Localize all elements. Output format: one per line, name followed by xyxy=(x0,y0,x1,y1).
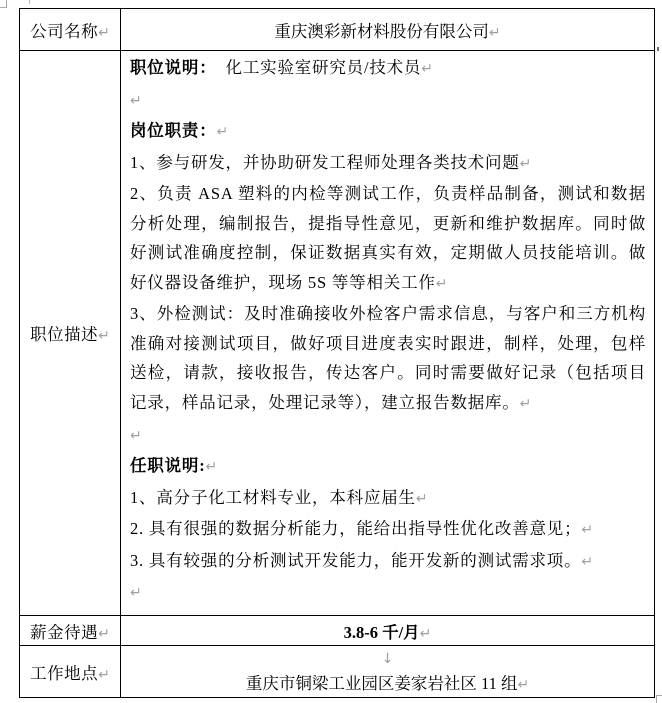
description-label-cell[interactable]: 职位描述↵ xyxy=(20,51,121,616)
location-address-line: 重庆市铜梁工业园区姜家岩社区 11 组↵ xyxy=(121,672,654,698)
table-move-handle[interactable] xyxy=(0,0,7,8)
salary-value-cell[interactable]: 3.8-6 千/月↵ xyxy=(121,616,655,646)
company-name-text: 重庆澳彩新材料股份有限公司 xyxy=(274,22,489,41)
paragraph-mark: ↵ xyxy=(421,61,433,77)
paragraph-mark: ↵ xyxy=(130,428,142,444)
paragraph-text-run: 2、负责 ASA 塑料的内检等测试工作，负责样品制备，测试和数据分析处理，编制报… xyxy=(130,184,646,292)
paragraph-bold-run: 岗位职责： xyxy=(130,121,217,140)
paragraph-mark: ↵ xyxy=(520,396,532,412)
paragraph-mark: ↵ xyxy=(581,554,593,570)
description-text-block: 职位说明： 化工实验室研究员/技术员↵ ↵ 岗位职责：↵ 1、参与研发，并协助研… xyxy=(121,51,654,612)
paragraph-requirement-2: 2. 具有很强的数据分析能力，能给出指导性优化改善意见；↵ xyxy=(130,514,646,546)
table-resize-handle[interactable] xyxy=(656,695,662,703)
paragraph-mark: ↵ xyxy=(98,25,110,41)
paragraph-text-run: 3. 具有较强的分析测试开发能力，能开发新的测试需求项。 xyxy=(130,551,581,570)
paragraph-bold-run: 任职说明: xyxy=(130,456,206,475)
paragraph-empty: ↵ xyxy=(130,85,646,117)
paragraph-bold-run: 职位说明： xyxy=(130,58,208,77)
paragraph-mark: ↵ xyxy=(98,626,110,642)
paragraph-position-title: 职位说明： 化工实验室研究员/技术员↵ xyxy=(130,53,646,85)
paragraph-mark: ↵ xyxy=(130,585,142,601)
paragraph-duty-3: 3、外检测试：及时准确接收外检客户需求信息，与客户和三方机构准确对接测试项目，做… xyxy=(130,299,646,419)
paragraph-mark: ↵ xyxy=(416,491,428,507)
row-end-mark xyxy=(657,47,659,51)
paragraph-text-run: 1、高分子化工材料专业，本科应届生 xyxy=(130,488,416,507)
ruler-tick-mark xyxy=(29,0,30,4)
paragraph-mark: ↵ xyxy=(489,25,501,41)
company-value-cell[interactable]: 重庆澳彩新材料股份有限公司↵ xyxy=(121,9,655,51)
paragraph-mark: ↵ xyxy=(517,677,529,693)
line-break-mark: ↓ xyxy=(382,651,394,667)
paragraph-empty: ↵ xyxy=(130,577,646,609)
paragraph-requirement-3: 3. 具有较强的分析测试开发能力，能开发新的测试需求项。↵ xyxy=(130,546,646,578)
salary-value-text: 3.8-6 千/月 xyxy=(344,623,420,642)
paragraph-requirements-heading: 任职说明:↵ xyxy=(130,451,646,483)
location-address-text: 重庆市铜梁工业园区姜家岩社区 11 组 xyxy=(246,674,518,693)
location-value-cell[interactable]: ↓ 重庆市铜梁工业园区姜家岩社区 11 组↵ xyxy=(121,646,655,698)
location-label: 工作地点 xyxy=(30,664,98,683)
paragraph-mark: ↵ xyxy=(217,124,229,140)
paragraph-mark: ↵ xyxy=(98,328,110,344)
paragraph-empty: ↵ xyxy=(130,609,646,612)
job-info-table: 公司名称↵ 重庆澳彩新材料股份有限公司↵ 职位描述↵ 职位说明： 化工实验室研究… xyxy=(19,8,655,698)
paragraph-text-run: 化工实验室研究员/技术员 xyxy=(208,58,421,77)
paragraph-mark: ↵ xyxy=(520,156,532,172)
table-row-description: 职位描述↵ 职位说明： 化工实验室研究员/技术员↵ ↵ 岗位职责：↵ 1、参与研… xyxy=(20,51,655,616)
paragraph-requirement-1: 1、高分子化工材料专业，本科应届生↵ xyxy=(130,483,646,515)
description-value-cell[interactable]: 职位说明： 化工实验室研究员/技术员↵ ↵ 岗位职责：↵ 1、参与研发，并协助研… xyxy=(121,51,655,616)
table-row-salary: 薪金待遇↵ 3.8-6 千/月↵ xyxy=(20,616,655,646)
location-break-line: ↓ xyxy=(121,646,654,672)
paragraph-mark: ↵ xyxy=(206,459,218,475)
paragraph-mark: ↵ xyxy=(581,522,593,538)
paragraph-mark: ↵ xyxy=(436,276,448,292)
table-row-location: 工作地点↵ ↓ 重庆市铜梁工业园区姜家岩社区 11 组↵ xyxy=(20,646,655,698)
paragraph-mark: ↵ xyxy=(420,626,432,642)
description-label: 职位描述 xyxy=(30,325,98,344)
table-row-company: 公司名称↵ 重庆澳彩新材料股份有限公司↵ xyxy=(20,9,655,51)
paragraph-empty: ↵ xyxy=(130,420,646,452)
paragraph-mark: ↵ xyxy=(130,93,142,109)
paragraph-duties-heading: 岗位职责：↵ xyxy=(130,116,646,148)
paragraph-text-run: 2. 具有很强的数据分析能力，能给出指导性优化改善意见； xyxy=(130,519,581,538)
paragraph-duty-2: 2、负责 ASA 塑料的内检等测试工作，负责样品制备，测试和数据分析处理，编制报… xyxy=(130,179,646,299)
company-label: 公司名称 xyxy=(30,22,98,41)
location-label-cell[interactable]: 工作地点↵ xyxy=(20,646,121,698)
paragraph-duty-1: 1、参与研发，并协助研发工程师处理各类技术问题↵ xyxy=(130,148,646,180)
salary-label: 薪金待遇 xyxy=(30,623,98,642)
paragraph-text-run: 3、外检测试：及时准确接收外检客户需求信息，与客户和三方机构准确对接测试项目，做… xyxy=(130,304,646,412)
salary-label-cell[interactable]: 薪金待遇↵ xyxy=(20,616,121,646)
paragraph-text-run: 1、参与研发，并协助研发工程师处理各类技术问题 xyxy=(130,153,520,172)
paragraph-mark: ↵ xyxy=(98,667,110,683)
company-label-cell[interactable]: 公司名称↵ xyxy=(20,9,121,51)
